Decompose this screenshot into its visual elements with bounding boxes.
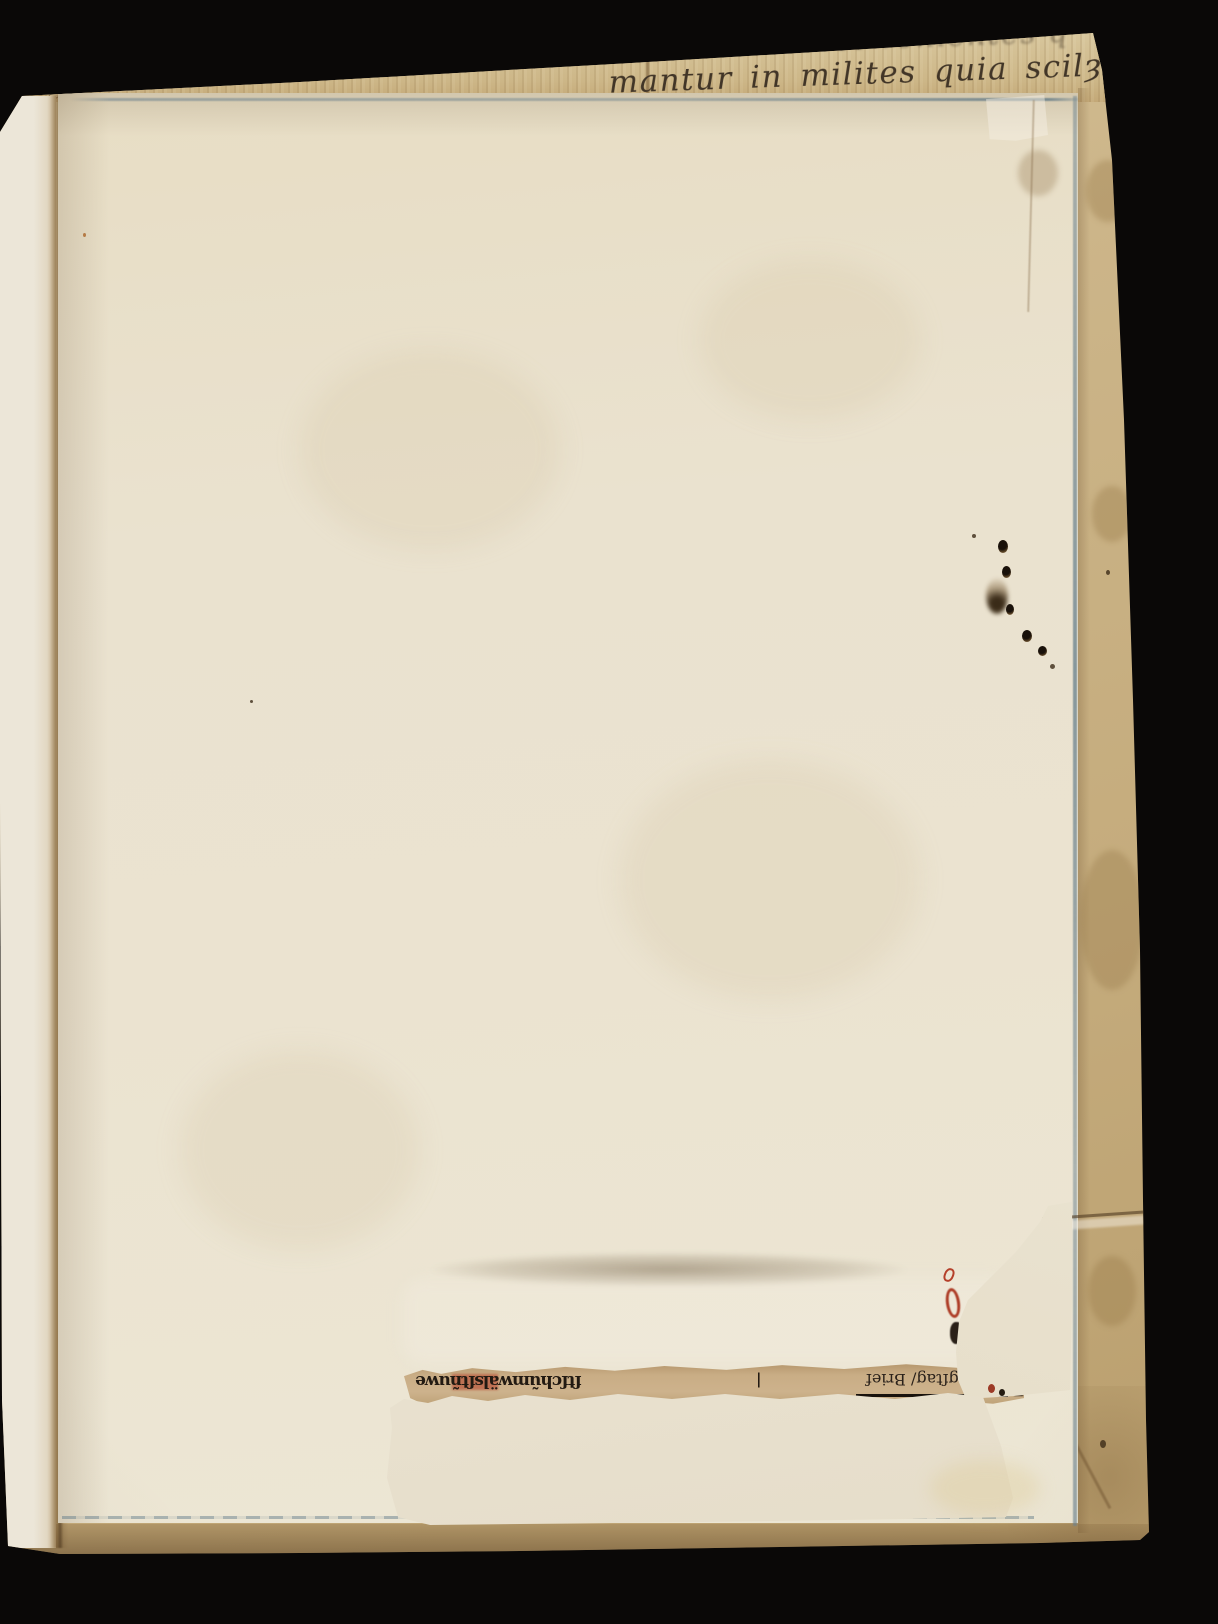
- paper-mottling: [700, 260, 920, 420]
- wormhole: [1002, 566, 1011, 578]
- stain: [1088, 1256, 1136, 1326]
- ink-speck: [1100, 1440, 1106, 1448]
- waste-print-left: ſtſchũmwälsſtñuwe: [416, 1371, 582, 1391]
- photo-stage: et venientes q mantur in milites quia sc…: [0, 0, 1218, 1624]
- ink-speck: [1050, 664, 1055, 669]
- lifted-paper-band: [402, 1278, 1014, 1364]
- wormhole: [1038, 646, 1047, 656]
- ink-speck: [1106, 570, 1110, 575]
- ink-speck: [83, 233, 86, 237]
- wormhole: [998, 540, 1008, 553]
- frame-line-right: [1073, 96, 1077, 1526]
- stain: [1018, 150, 1058, 196]
- stain: [1092, 486, 1132, 542]
- wormhole: [1022, 630, 1032, 642]
- paper-mottling: [620, 760, 920, 1000]
- ink-speck: [250, 700, 253, 703]
- paper-mottling: [300, 350, 560, 550]
- wormhole: [1006, 604, 1014, 615]
- fore-edge-turnin-shadow: [1078, 88, 1090, 1533]
- flyleaf-edge: [0, 96, 56, 1548]
- waste-print-mark: |: [756, 1372, 761, 1390]
- manuscript-inside-cover: et venientes q mantur in milites quia sc…: [0, 0, 1218, 1624]
- red-print-bit: [988, 1384, 995, 1393]
- paper-mottling: [180, 1050, 420, 1250]
- wormhole-smudge: [986, 578, 1008, 614]
- stain: [1080, 850, 1144, 990]
- flap-discoloration: [930, 1460, 1040, 1516]
- ink-speck: [972, 534, 976, 538]
- main-script-line: mantur in milites quia scilȝ: [608, 47, 1103, 100]
- black-print-bit: [999, 1389, 1005, 1396]
- stain: [1086, 160, 1130, 222]
- headband-stitch: [23, 82, 38, 94]
- headband-stitch: [11, 78, 26, 90]
